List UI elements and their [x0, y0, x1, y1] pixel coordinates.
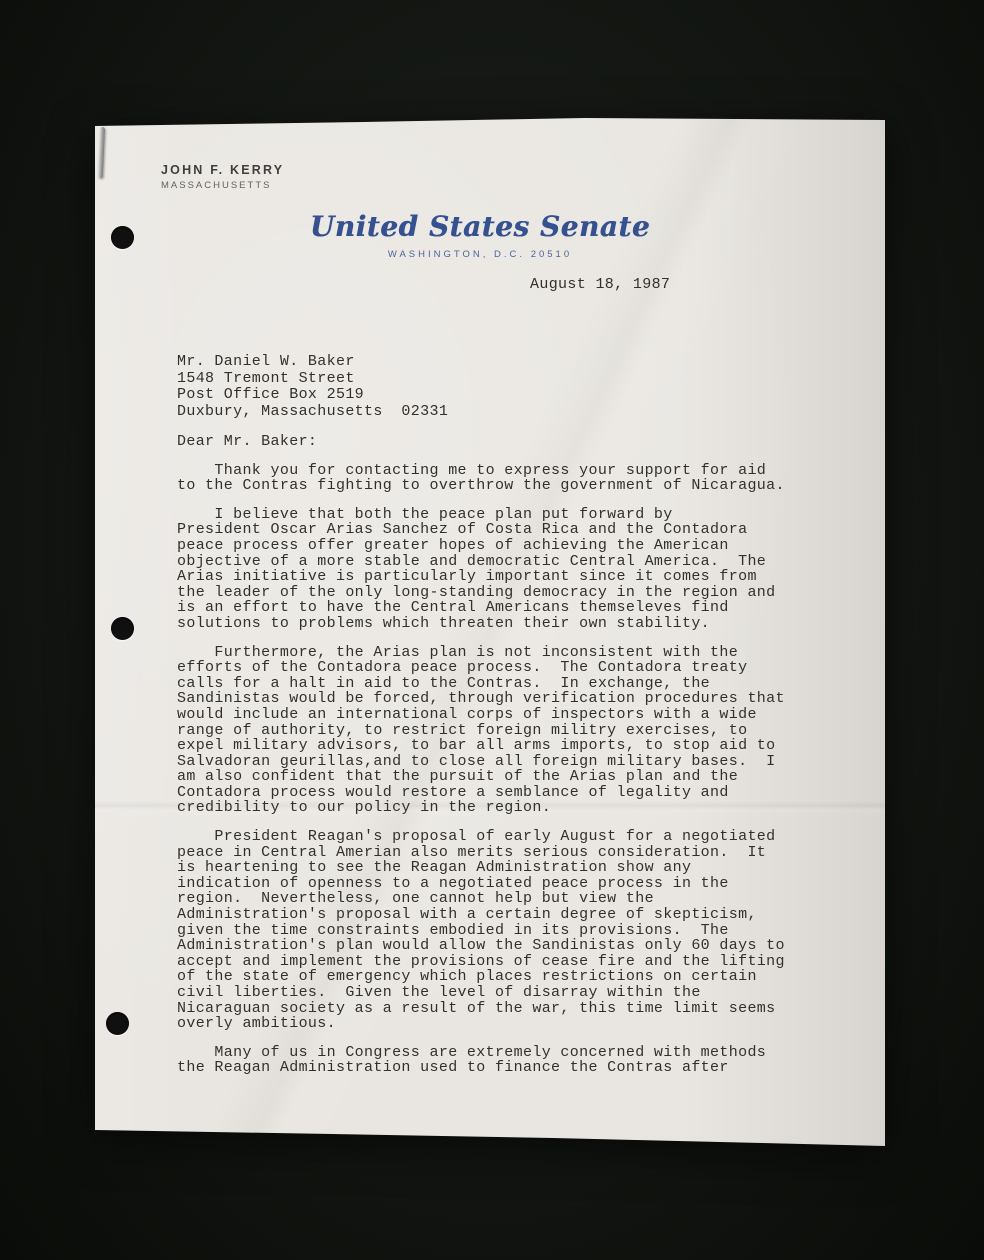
recipient-line: Duxbury, Massachusetts 02331 — [177, 404, 448, 421]
letter-body: Dear Mr. Baker: Thank you for contacting… — [177, 434, 837, 1076]
body-line: is an effort to have the Central America… — [177, 600, 837, 616]
body-line: I believe that both the peace plan put f… — [177, 507, 837, 523]
body-line: Nicaraguan society as a result of the wa… — [177, 1001, 837, 1017]
senate-wordmark: United States Senate — [230, 210, 730, 243]
body-line: region. Nevertheless, one cannot help bu… — [177, 891, 837, 907]
body-line: Many of us in Congress are extremely con… — [177, 1045, 837, 1061]
body-line: would include an international corps of … — [177, 707, 837, 723]
paragraph: Furthermore, the Arias plan is not incon… — [177, 645, 837, 817]
body-line: the leader of the only long-standing dem… — [177, 585, 837, 601]
body-line: Administration's plan would allow the Sa… — [177, 938, 837, 954]
body-line: of the state of emergency which places r… — [177, 969, 837, 985]
paragraph: Thank you for contacting me to express y… — [177, 463, 837, 494]
senate-address: WASHINGTON, D.C. 20510 — [230, 249, 730, 260]
body-line: Contadora process would restore a sembla… — [177, 785, 837, 801]
body-line: Sandinistas would be forced, through ver… — [177, 691, 837, 707]
body-line: Furthermore, the Arias plan is not incon… — [177, 645, 837, 661]
salutation: Dear Mr. Baker: — [177, 434, 837, 450]
body-line: range of authority, to restrict foreign … — [177, 723, 837, 739]
body-line: solutions to problems which threaten the… — [177, 616, 837, 632]
body-line: calls for a halt in aid to the Contras. … — [177, 676, 837, 692]
sender-state: MASSACHUSETTS — [161, 180, 284, 191]
punch-hole-top-icon — [111, 226, 134, 249]
letter-date: August 18, 1987 — [530, 276, 670, 293]
body-line: objective of a more stable and democrati… — [177, 554, 837, 570]
body-line: overly ambitious. — [177, 1016, 837, 1032]
body-line: President Oscar Arias Sanchez of Costa R… — [177, 522, 837, 538]
body-line: civil liberties. Given the level of disa… — [177, 985, 837, 1001]
sender-name: JOHN F. KERRY — [161, 163, 284, 177]
letter-paper: JOHN F. KERRY MASSACHUSETTS United State… — [95, 118, 885, 1146]
body-line: Arias initiative is particularly importa… — [177, 569, 837, 585]
body-line: President Reagan's proposal of early Aug… — [177, 829, 837, 845]
body-line: peace in Central Amerian also merits ser… — [177, 845, 837, 861]
body-line: peace process offer greater hopes of ach… — [177, 538, 837, 554]
body-line: Thank you for contacting me to express y… — [177, 463, 837, 479]
recipient-line: Post Office Box 2519 — [177, 387, 448, 404]
punch-hole-bottom-icon — [106, 1012, 129, 1035]
recipient-line: 1548 Tremont Street — [177, 371, 448, 388]
paragraph: I believe that both the peace plan put f… — [177, 507, 837, 632]
body-line: Salvadoran geurillas,and to close all fo… — [177, 754, 837, 770]
paragraph: President Reagan's proposal of early Aug… — [177, 829, 837, 1032]
staple-icon — [98, 127, 105, 178]
body-line: the Reagan Administration used to financ… — [177, 1060, 837, 1076]
paragraph: Many of us in Congress are extremely con… — [177, 1045, 837, 1076]
body-line: given the time constraints embodied in i… — [177, 923, 837, 939]
recipient-line: Mr. Daniel W. Baker — [177, 354, 448, 371]
punch-hole-middle-icon — [111, 617, 134, 640]
body-line: accept and implement the provisions of c… — [177, 954, 837, 970]
recipient-address: Mr. Daniel W. Baker 1548 Tremont Street … — [177, 354, 448, 420]
body-line: to the Contras fighting to overthrow the… — [177, 478, 837, 494]
letterhead-center: United States Senate WASHINGTON, D.C. 20… — [230, 210, 730, 260]
body-line: Administration's proposal with a certain… — [177, 907, 837, 923]
body-line: is heartening to see the Reagan Administ… — [177, 860, 837, 876]
photo-background: { "colors":{ "bg":"#131612", "bg-edge":"… — [0, 0, 984, 1260]
body-line: am also confident that the pursuit of th… — [177, 769, 837, 785]
body-line: expel military advisors, to bar all arms… — [177, 738, 837, 754]
letter-paper-wrapper: JOHN F. KERRY MASSACHUSETTS United State… — [95, 118, 885, 1146]
body-line: efforts of the Contadora peace process. … — [177, 660, 837, 676]
body-line: indication of openness to a negotiated p… — [177, 876, 837, 892]
body-line: credibility to our policy in the region. — [177, 800, 837, 816]
letterhead-sender: JOHN F. KERRY MASSACHUSETTS — [161, 163, 284, 191]
